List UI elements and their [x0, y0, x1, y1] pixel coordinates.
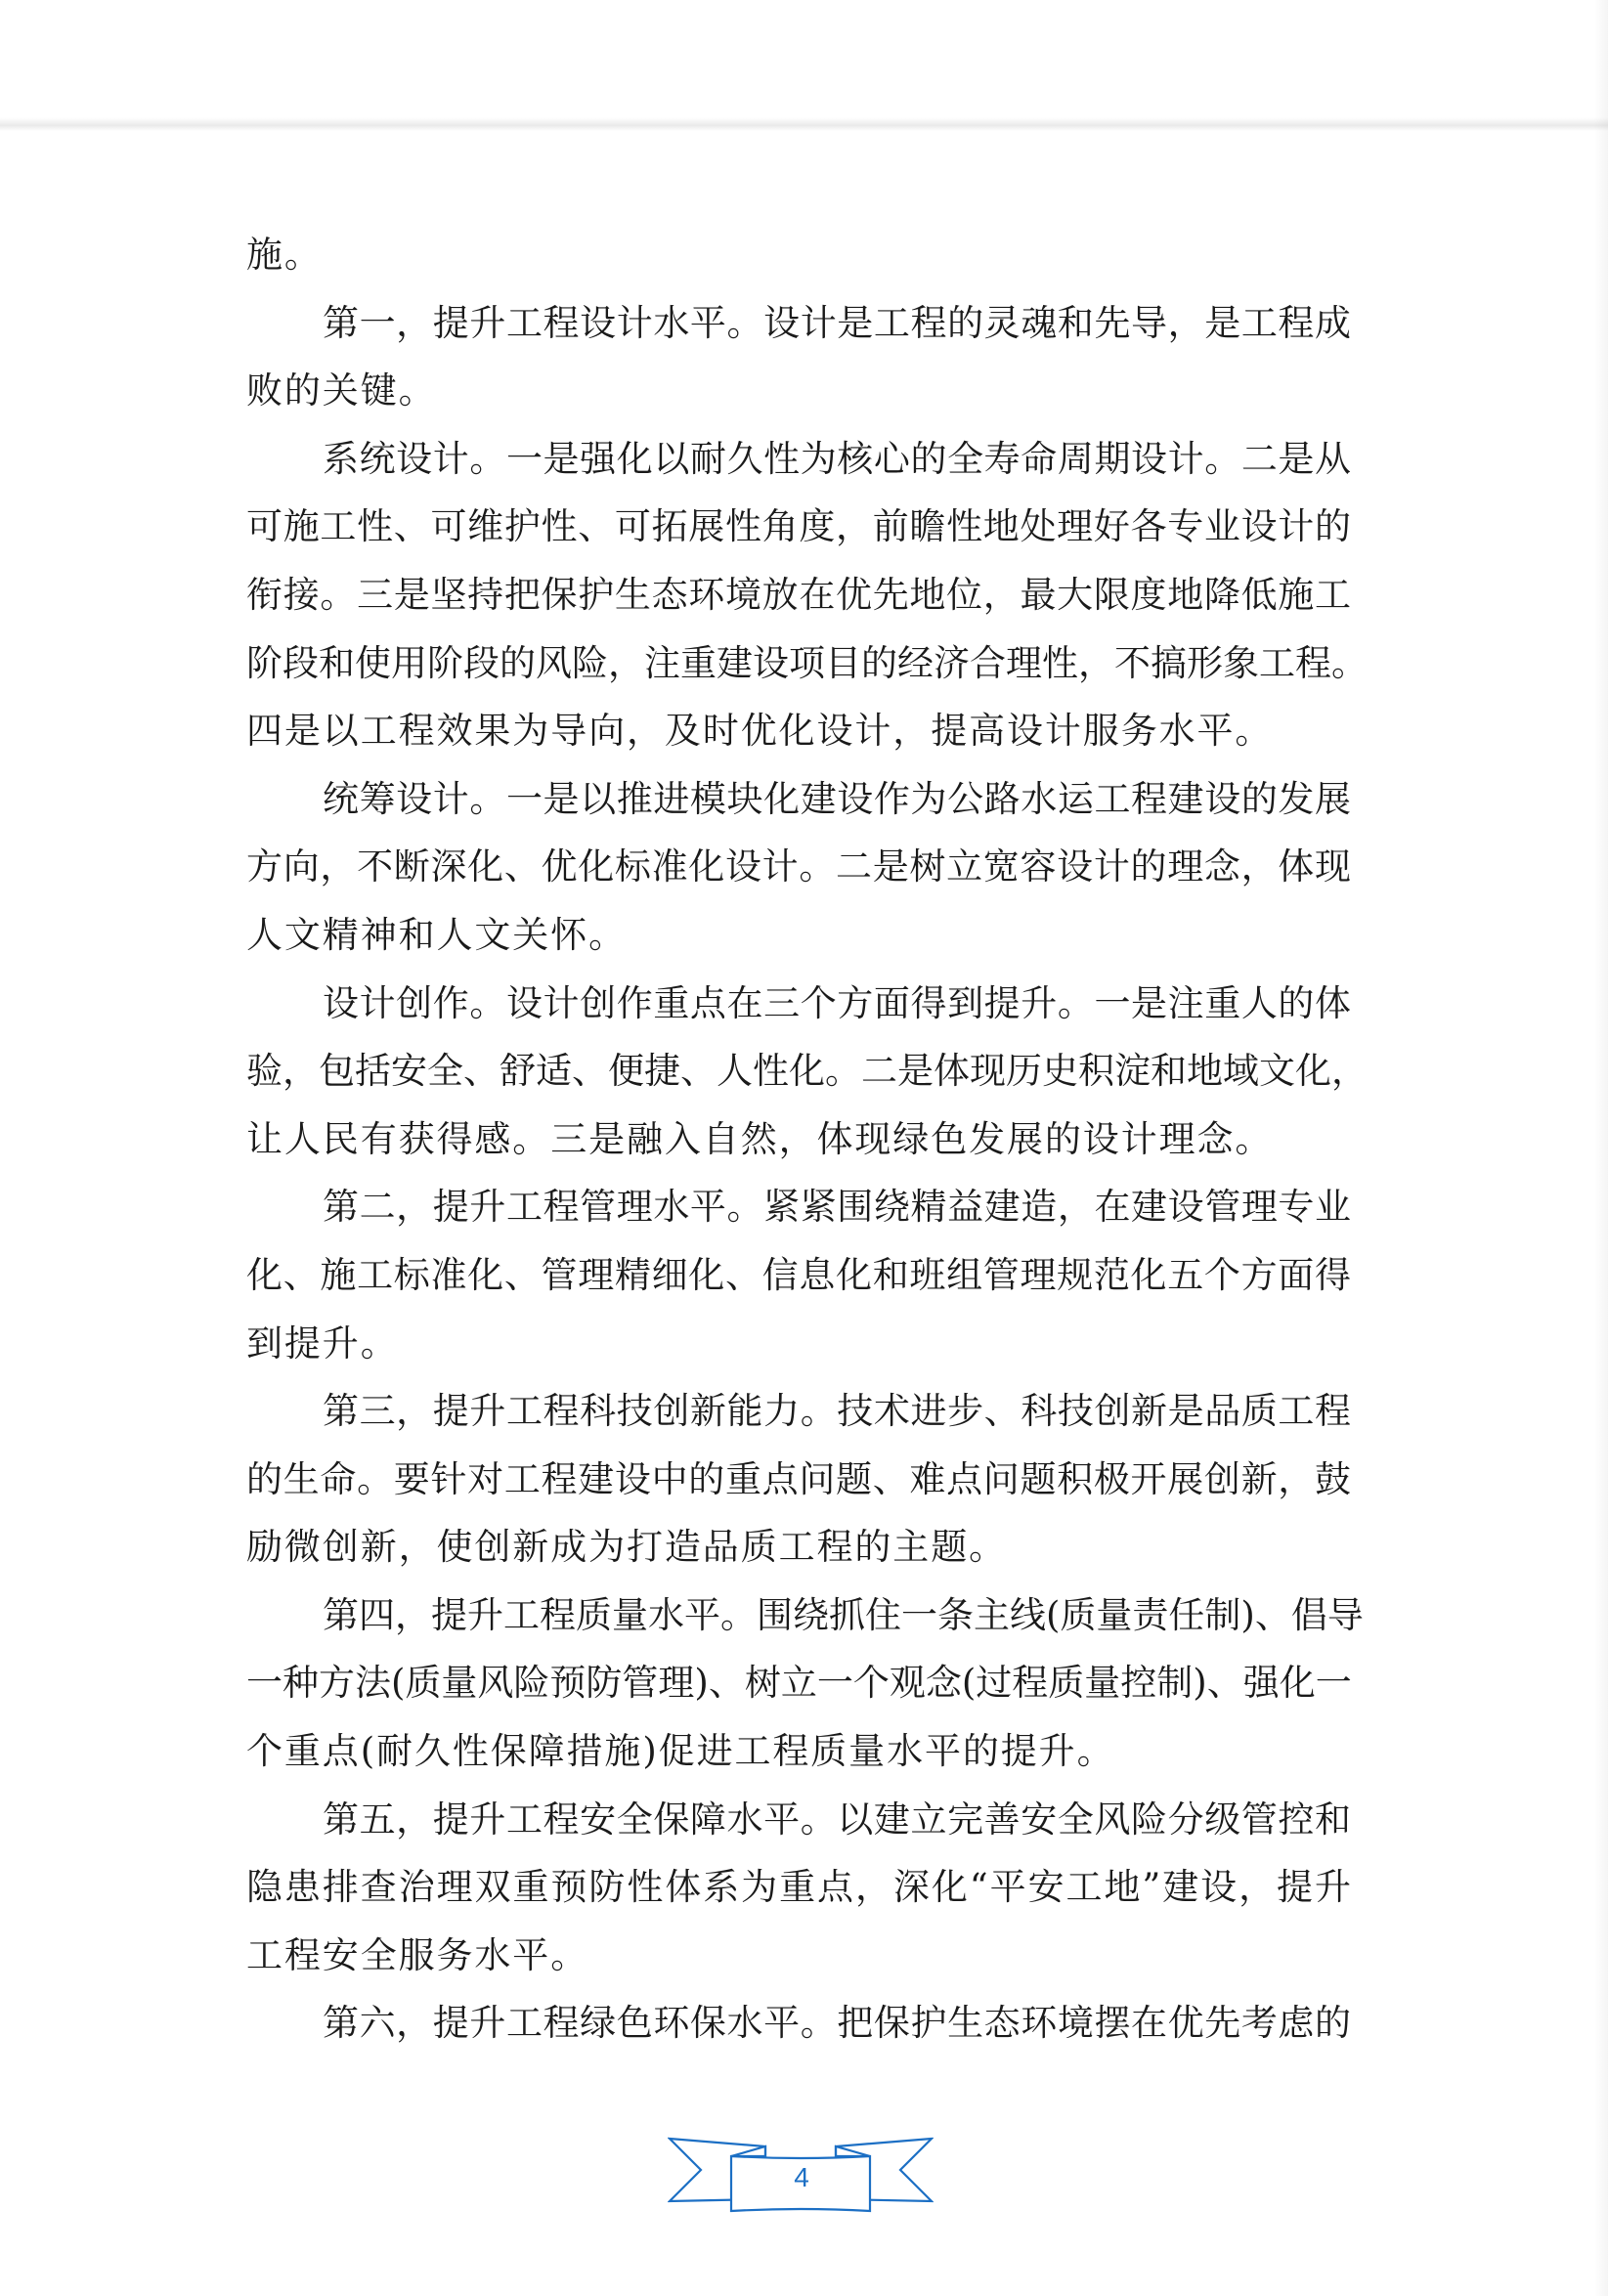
page-number: 4: [754, 2158, 849, 2197]
text-line: 第六，提升工程绿色环保水平。把保护生态环境摆在优先考虑的: [246, 1999, 1351, 2067]
text-line: 励微创新，使创新成为打造品质工程的主题。: [246, 1523, 1351, 1591]
text-line: 到提升。: [246, 1320, 1351, 1388]
text-line: 败的关键。: [246, 367, 1351, 435]
text-line: 施。: [246, 231, 1351, 299]
page-number-ribbon: 4: [668, 2131, 934, 2213]
text-line: 统筹设计。一是以推进模块化建设作为公路水运工程建设的发展: [246, 775, 1351, 844]
text-line: 第二，提升工程管理水平。紧紧围绕精益建造，在建设管理专业: [246, 1183, 1351, 1251]
text-line: 化、施工标准化、管理精细化、信息化和班组管理规范化五个方面得: [246, 1251, 1351, 1320]
text-line: 让人民有获得感。三是融入自然，体现绿色发展的设计理念。: [246, 1115, 1351, 1184]
text-line: 隐患排查治理双重预防性体系为重点，深化“平安工地”建设，提升: [246, 1863, 1351, 1931]
text-line: 四是以工程效果为导向，及时优化设计，提高设计服务水平。: [246, 707, 1351, 775]
text-line: 设计创作。设计创作重点在三个方面得到提升。一是注重人的体: [246, 979, 1351, 1048]
text-line: 阶段和使用阶段的风险，注重建设项目的经济合理性，不搞形象工程。: [246, 639, 1351, 708]
text-line: 第五，提升工程安全保障水平。以建立完善安全风险分级管控和: [246, 1796, 1351, 1864]
text-line: 第四，提升工程质量水平。围绕抓住一条主线(质量责任制)、倡导: [246, 1591, 1351, 1660]
text-line: 个重点(耐久性保障措施)促进工程质量水平的提升。: [246, 1727, 1351, 1796]
text-line: 人文精神和人文关怀。: [246, 911, 1351, 979]
text-line: 可施工性、可维护性、可拓展性角度，前瞻性地处理好各专业设计的: [246, 502, 1351, 571]
text-line: 一种方法(质量风险预防管理)、树立一个观念(过程质量控制)、强化一: [246, 1659, 1351, 1727]
page-edge-shade: [1594, 0, 1608, 2296]
text-line: 验，包括安全、舒适、便捷、人性化。二是体现历史积淀和地域文化，: [246, 1047, 1351, 1115]
text-line: 第一，提升工程设计水平。设计是工程的灵魂和先导，是工程成: [246, 299, 1351, 368]
text-line: 工程安全服务水平。: [246, 1931, 1351, 2000]
text-line: 第三，提升工程科技创新能力。技术进步、科技创新是品质工程: [246, 1387, 1351, 1455]
scan-artifact-band: [0, 117, 1608, 131]
text-line: 衔接。三是坚持把保护生态环境放在优先地位，最大限度地降低施工: [246, 571, 1351, 639]
text-line: 系统设计。一是强化以耐久性为核心的全寿命周期设计。二是从: [246, 435, 1351, 503]
text-line: 方向，不断深化、优化标准化设计。二是树立宽容设计的理念，体现: [246, 843, 1351, 911]
text-line: 的生命。要针对工程建设中的重点问题、难点问题积极开展创新，鼓: [246, 1455, 1351, 1524]
document-body: 施。 第一，提升工程设计水平。设计是工程的灵魂和先导，是工程成 败的关键。 系统…: [246, 231, 1351, 2067]
